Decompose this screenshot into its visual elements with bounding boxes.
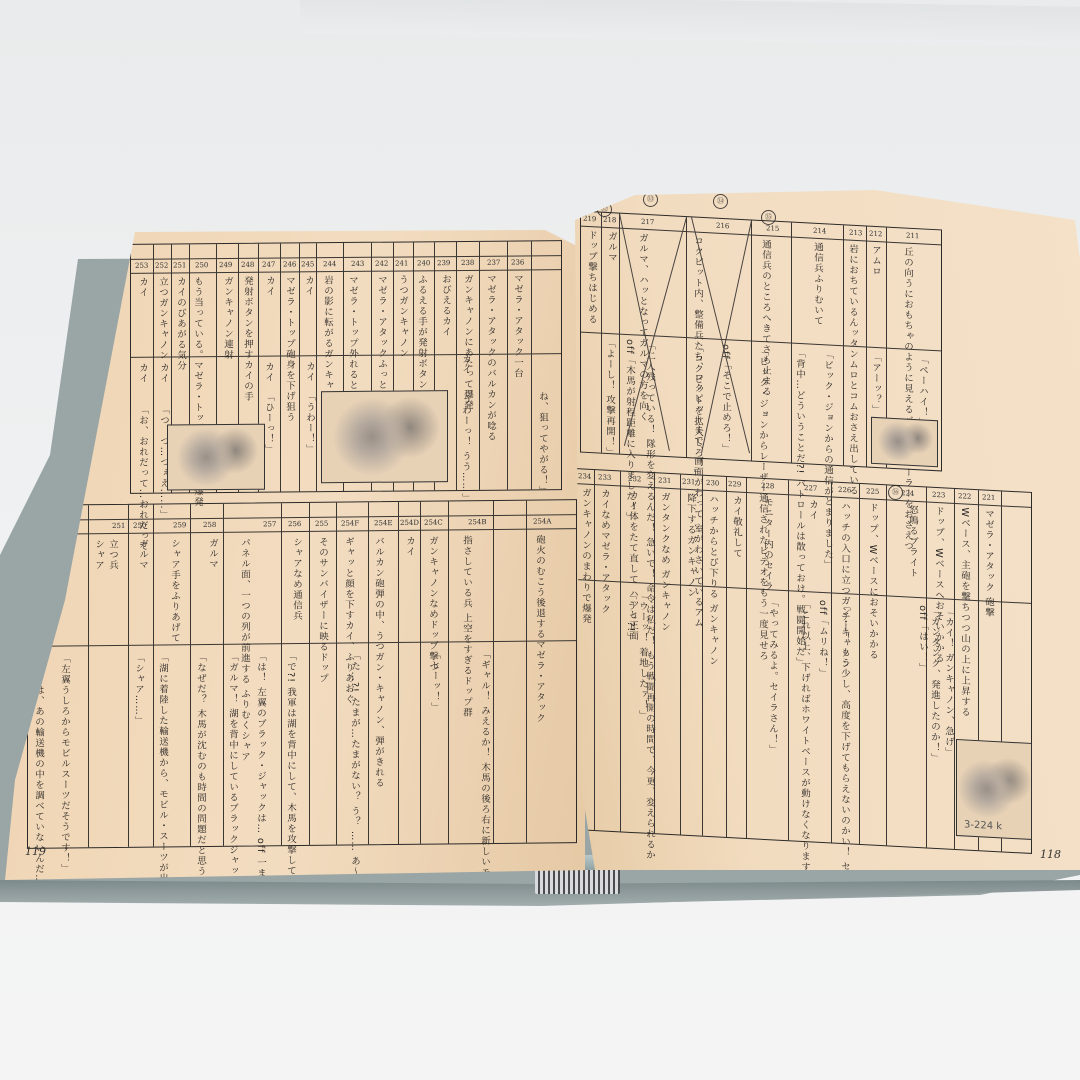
cut-number: 246 xyxy=(283,260,296,268)
scene-description: Wベース、主砲を撃ちつつ山の上に上昇する xyxy=(958,507,970,598)
cut-number: 227 xyxy=(804,484,817,493)
dialogue-line: 「よーし！ 攻撃再開！」 xyxy=(603,338,615,449)
dialogue-line: 「カイ！ ガンキャノン、急げ」 xyxy=(942,606,954,787)
dialogue-line: 「背中…どういうことだ?! パトロールは散っておけ。戦闘開始だ」 xyxy=(793,348,805,459)
dialogue-line: 「湖に着陸した輸送機から、モビル・スーツが出てくる！ 私ならそうする」 xyxy=(156,652,168,837)
scene-description: ガンキャノン連射 xyxy=(221,276,233,352)
scene-description: カイのびあがる気分 xyxy=(174,276,186,352)
storyboard-sketch-close xyxy=(871,417,938,468)
scene-description: パネル面、一つの列が前進する ふりむくシャア xyxy=(238,538,250,638)
dialogue-line: 「なぜだ？ 木馬が沈むのも時間の問題だと思うが？」 xyxy=(194,652,206,837)
dialogue-line: 「ビック・ジョンからレーザー通信されたビデオをもう一度見せろ xyxy=(756,346,768,457)
scene-description: 岩におちているんッタンムロとコムおさえ出している xyxy=(846,243,858,342)
right-top-table: 219 218 217 216 215 214 213 212 211 ドップ撃… xyxy=(580,211,942,472)
scene-description: 砲火のむこう後退するマゼラ・アタック xyxy=(533,534,545,634)
cut-number: 239 xyxy=(437,259,450,267)
scene-description: ギャッと顔を下すカイ、ふりあおぐ xyxy=(342,536,354,636)
dialogue-line: 「うわーっ！ うう……」 xyxy=(459,384,471,484)
cut-number: 242 xyxy=(375,260,388,268)
scene-description: 通信兵ふりむいて xyxy=(811,242,823,341)
cut-number: 217 xyxy=(641,218,654,227)
dialogue-line: 「ヒーッ！」 xyxy=(428,650,440,770)
scene-description: ガンタンクなめ ガンキャノン xyxy=(658,491,670,582)
dialogue-line: 「た…?! たまが…たまがない？ う？ …… あ～！」 xyxy=(348,650,360,835)
scene-description: マゼラ・トップ外れると主砲をうつ xyxy=(346,275,358,351)
cut-number: 222 xyxy=(958,492,971,501)
cut-number: 211 xyxy=(906,232,919,241)
scene-description: うつガンキャノン xyxy=(396,274,408,350)
cut-number: 250 xyxy=(133,522,146,530)
scene-description: ハッチからとび下りる ガンキャノン xyxy=(706,494,718,585)
scene-description: ガンキャノンなめドップ撃つ xyxy=(426,536,438,636)
cut-number: 218 xyxy=(603,216,616,225)
scene-description: カイ xyxy=(806,499,818,590)
cut-number: 251 xyxy=(173,261,186,269)
cut-number: 213 xyxy=(849,229,862,238)
scene-description: 発射ボタンを押すカイの手 xyxy=(241,276,253,352)
scene-description: ドップ撃ちはじめる xyxy=(585,230,597,329)
cut-number: 232 xyxy=(628,475,641,484)
cut-number: 223 xyxy=(932,491,945,500)
scene-description: 指さしている兵 上空をすぎるドップ群 xyxy=(460,535,472,635)
cut-number: 254D xyxy=(400,519,419,527)
scene-description: ガルマ xyxy=(605,231,617,330)
cut-number: 250 xyxy=(195,261,208,269)
cut-number: 216 xyxy=(716,222,729,231)
scene-description: カイ xyxy=(263,276,275,352)
left-bottom-table: 251 250 259 258 257 256 255 254F 254E 25… xyxy=(27,499,577,849)
dialogue-line: 「うっ?!」 xyxy=(624,590,636,671)
cut-number: 259 xyxy=(173,521,186,529)
dialogue-line: 「アーッ？」 xyxy=(869,352,881,413)
dialogue-speaker: カイ xyxy=(303,361,315,391)
scene-description: 怒鳴るブライト xyxy=(906,504,918,595)
dialogue-speaker: カイ xyxy=(136,363,148,403)
cut-number: 247 xyxy=(262,261,275,269)
scene-description: マゼラ・アタックふっとぶ xyxy=(375,275,387,351)
dialogue-line: 「シャア……」 xyxy=(132,653,144,838)
cut-number: 248 xyxy=(241,261,254,269)
scene-description: カイ xyxy=(136,277,148,353)
scene-description: アムロ xyxy=(869,245,881,344)
dialogue-line: 「うわー！」 xyxy=(303,391,315,451)
cut-number: 233 xyxy=(598,473,611,482)
cut-number: 258 xyxy=(203,521,216,529)
dialogue-line: 「ガンタンク、発進したのか！」 xyxy=(928,606,940,787)
scene-description: カイなめマゼラ・アタック xyxy=(598,488,610,579)
cut-number: 243 xyxy=(351,260,364,268)
dialogue-speaker: カイ xyxy=(459,354,471,384)
scene-description: 立つガンキャノン xyxy=(156,277,168,353)
dialogue-speaker: カイ xyxy=(262,362,274,392)
dialogue-line: off「木馬が射程距離に入りました！」 xyxy=(623,339,635,450)
dialogue-line: 「ビック・ジョンからの通信がとまりました」 xyxy=(821,349,833,460)
scene-description: 降下するガンキャノン xyxy=(684,493,696,584)
dialogue-line: 「コクピットを拡大しろ！」 xyxy=(691,342,703,453)
dialogue-line: 「ギャル！ みえるか！ 木馬の後ろ右に新しいモビルスーツだ！ 援護してくれ」 xyxy=(478,649,490,834)
scene-description: コクピット内、整備兵たち、コクピットまで、画面がわって 室がわさいているアム xyxy=(691,235,703,334)
scene-description: シャア手をふりあげて xyxy=(168,538,180,638)
cut-number: 225 xyxy=(866,487,879,496)
scene-circle-mark: ㉞ xyxy=(713,194,728,209)
scene-description: マゼラ・アタック一台 xyxy=(511,273,523,349)
cut-number: 254A xyxy=(533,517,551,525)
dialogue-line: 「チー！ もう少し、高度を下げてもらえないのかい！ セイラさん！」 xyxy=(838,601,850,782)
cut-number: 257 xyxy=(263,520,276,528)
dialogue-line: 「で?! 我軍は湖を背中にして、木馬を攻撃しているわけか？」 xyxy=(284,651,296,836)
dialogue-line: 「お、おれだって…おれだって xyxy=(136,405,148,485)
page-number: 118 xyxy=(1040,848,1061,861)
dialogue-line: 「これ以上、下げればホワイトベースが動けなくなります！ 頑張って、カイさん」 xyxy=(798,599,810,780)
cut-number: 254F xyxy=(341,519,359,527)
dialogue-line: 「ウーッ！ 着地したァ！」 xyxy=(636,590,648,751)
dialogue-line: 「左翼うしろからモビルスーツだそうです！」 xyxy=(58,653,70,838)
storyboard-sketch-gunner xyxy=(321,390,448,483)
scene-description: バルカン砲弾の中、うつガン・キャノン、弾がきれる xyxy=(372,536,384,636)
cut-number: 236 xyxy=(511,258,524,266)
scene-description: 立つ兵 xyxy=(106,539,118,639)
scene-description: おびえるカイ xyxy=(439,274,451,350)
scene-description: ドップ、Wベースにおそいかかる xyxy=(866,502,878,593)
right-page: ㉜ ㉝ ㉞ ㉟ 219 218 217 216 215 214 213 212 … xyxy=(575,180,1080,880)
scene-description: もう当っている。マゼラ・トップに当たって爆発 xyxy=(191,276,203,352)
cut-number: 237 xyxy=(487,259,500,267)
scene-description: ガンキャノンのまわりで爆発 xyxy=(579,487,591,578)
scene-description: 通信兵のところへきてさも止まる xyxy=(759,239,771,338)
scene-description: シャアなめ通信兵 xyxy=(290,537,302,637)
spine-binding xyxy=(535,868,620,894)
cut-number: 240 xyxy=(417,259,430,267)
dialogue-line: off「はい！」 xyxy=(916,605,928,686)
scene-description: モニター内のセイラ xyxy=(761,497,773,588)
cut-number: 234 xyxy=(578,472,591,481)
dialogue-line: off「ムリね！」 xyxy=(816,600,828,701)
cut-number: 254E xyxy=(374,519,392,527)
left-top-table: 253 252 251 250 249 248 247 246 245 244 … xyxy=(130,240,562,494)
dialogue-line: 「は！ 左翼のブラック・ジャックは… off 一また三キロ移動しました！」 xyxy=(254,651,266,836)
scene-description: マゼラ・アタック 砲撃 xyxy=(982,508,994,599)
page-number: 119 xyxy=(25,845,46,858)
cut-number: 231 xyxy=(682,478,695,487)
scene-description: ふるえる手が発射ボタンを押している xyxy=(415,274,427,350)
scene-description: ガンキャノンにあたって爆発 xyxy=(461,274,473,350)
cut-number: 219 xyxy=(583,215,596,224)
scene-description: 岩の影に転がるガンキャノン xyxy=(321,275,333,351)
scene-description: そのサンバイザーに映るドップ xyxy=(316,537,328,637)
scene-description: ハッチの入口に立つガン・キャノン xyxy=(838,501,850,592)
scene-description: ガルマ、ハッとなってガルマの方を向く xyxy=(636,232,648,331)
cut-number: 229 xyxy=(728,480,741,489)
scene-description: カイ体をたて直して ハッと正面 xyxy=(626,490,638,581)
scene-description: カイ敬礼して xyxy=(730,495,742,586)
cut-number: 256 xyxy=(288,520,301,528)
scene-description: マゼラ・アタックのバルカンが唸る xyxy=(484,274,496,350)
scene-description: ガルマ xyxy=(136,539,148,639)
cut-number: 241 xyxy=(395,259,408,267)
cut-number: 230 xyxy=(706,479,719,488)
scene-description: カイ xyxy=(302,275,314,351)
cut-number: 252 xyxy=(155,262,168,270)
cut-number: 254B xyxy=(468,518,487,526)
cross-out-line xyxy=(624,217,687,446)
cut-number: 244 xyxy=(323,260,336,268)
cut-number: 253 xyxy=(135,262,148,270)
right-bottom-table: 234 233 232 231 231 230 229 228 227 226 … xyxy=(575,468,1032,854)
scene-description: マゼラ・トップ砲身を下げ狙う xyxy=(283,275,295,351)
cut-number: 255 xyxy=(315,520,328,528)
cut-number: 228 xyxy=(761,482,774,491)
cut-number: 214 xyxy=(813,227,826,236)
cut-number: 221 xyxy=(982,493,995,502)
dialogue-line: 「やってみるよ。セイラさん！」 xyxy=(766,597,778,778)
cut-number: 215 xyxy=(766,224,779,233)
dialogue-line: ね、狙ってやがる！」 xyxy=(536,391,548,481)
storyboard-sketch-explosion xyxy=(167,424,265,491)
cut-number: 238 xyxy=(461,259,474,267)
cut-number: 249 xyxy=(219,261,232,269)
cut-number: 224 xyxy=(901,489,914,498)
cut-number: 251 xyxy=(112,522,125,530)
cut-number: 231 xyxy=(658,476,671,485)
scene-description: シャア xyxy=(92,539,104,639)
pencil-annotation: 3-224 k xyxy=(964,819,1002,832)
cut-number: 226 xyxy=(838,486,851,495)
scene-description: ドップ、Wベースへおそいかかる xyxy=(932,506,944,597)
cut-number: 254C xyxy=(424,519,443,527)
scene-description: 丘の向うにおもちゃのように見えるバンとトレーラーをおさえつ xyxy=(901,246,913,345)
dialogue-line: 「ガルマ！ 湖を背中にしているブラックジャックを木馬の前へ移動させろ！」 xyxy=(226,652,238,837)
scene-description: ガルマ xyxy=(206,538,218,638)
dialogue-speaker: カイ xyxy=(157,363,169,403)
cut-number: 245 xyxy=(301,260,314,268)
scene-description: カイ xyxy=(403,536,415,636)
cut-number: 212 xyxy=(869,230,882,239)
